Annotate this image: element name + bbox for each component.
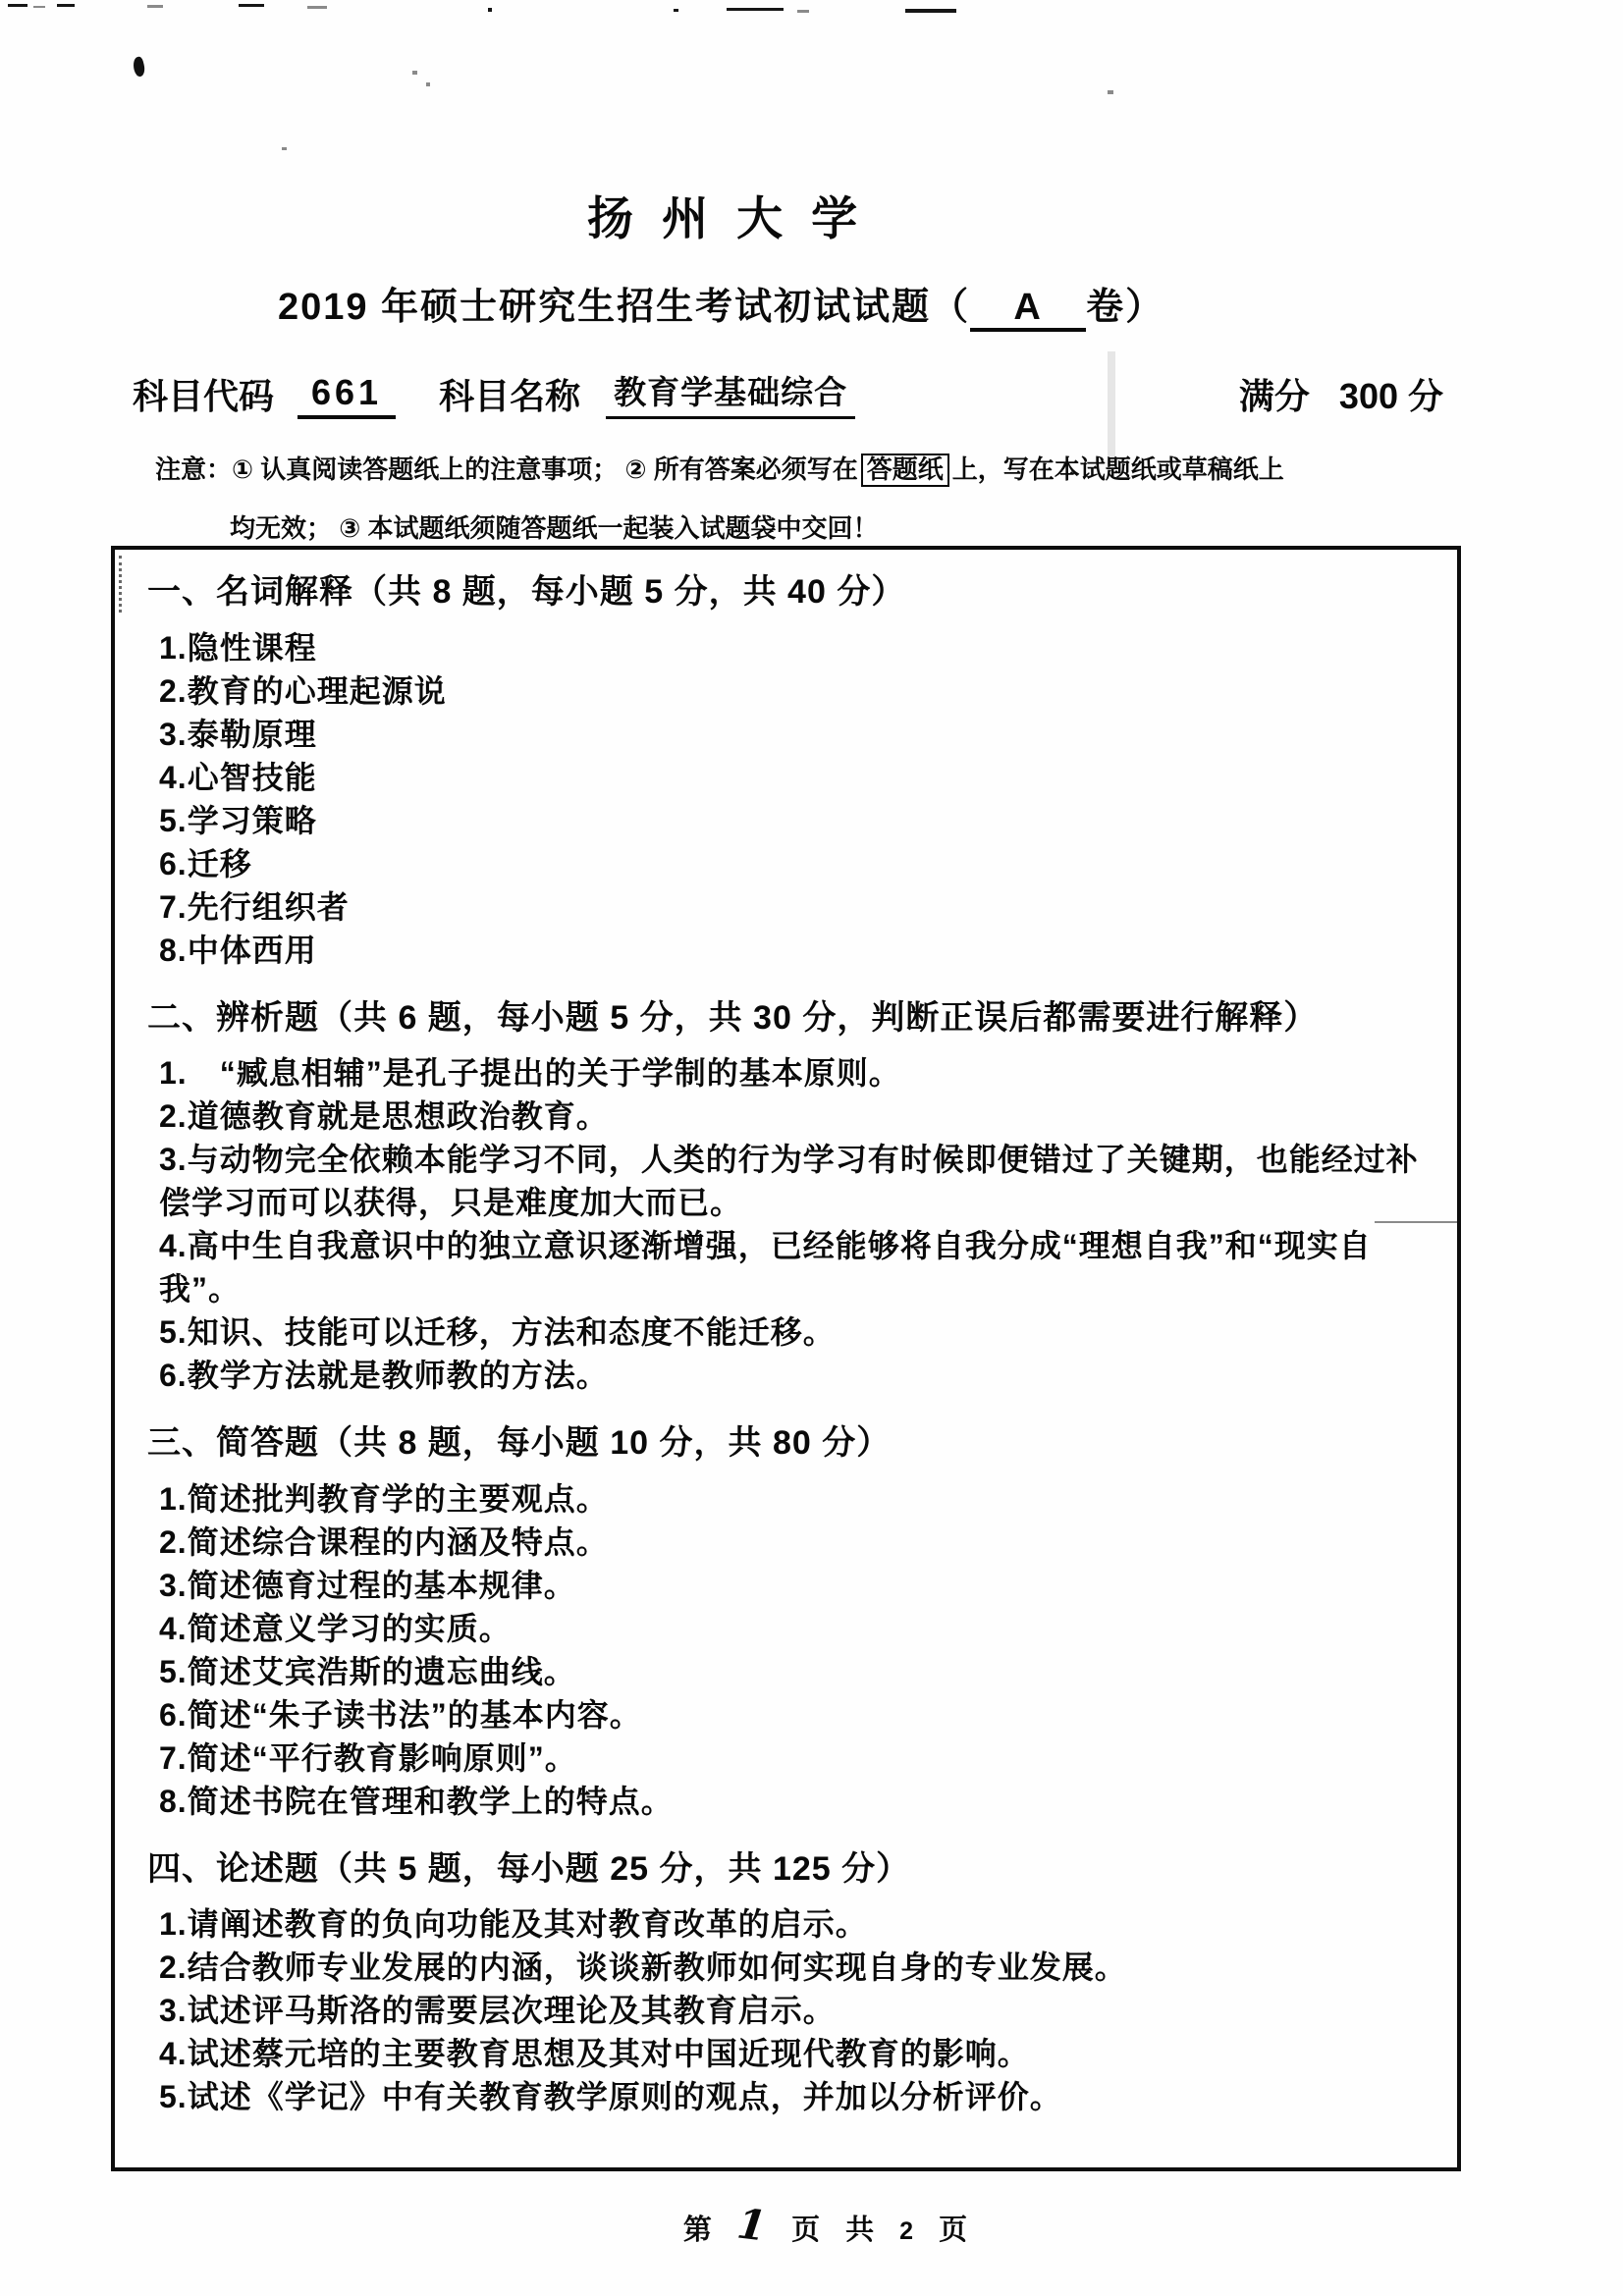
scan-noise xyxy=(426,82,430,86)
section-title: 四、论述题（共 5 题，每小题 25 分，共 125 分） xyxy=(147,1848,1420,1891)
footer-total-char: 共 xyxy=(845,2208,874,2248)
total-pages: 2 xyxy=(899,2217,913,2246)
question-item: 1.简述批判教育学的主要观点。 xyxy=(159,1477,1420,1521)
question-item: 8.简述书院在管理和教学上的特点。 xyxy=(159,1780,1420,1823)
scan-noise xyxy=(412,71,417,75)
scan-noise xyxy=(727,8,784,11)
question-item: 4.简述意义学习的实质。 xyxy=(159,1607,1420,1650)
question-item: 5.简述艾宾浩斯的遗忘曲线。 xyxy=(159,1650,1420,1693)
scan-noise xyxy=(797,10,809,13)
question-box: 一、名词解释（共 8 题，每小题 5 分，共 40 分） 1.隐性课程2.教育的… xyxy=(111,546,1461,2171)
section-items: 1.隐性课程2.教育的心理起源说3.泰勒原理4.心智技能5.学习策略6.迁移7.… xyxy=(159,626,1420,972)
question-item: 1. “臧息相辅”是孔子提出的关于学制的基本原则。 xyxy=(159,1051,1420,1095)
exam-section: 四、论述题（共 5 题，每小题 25 分，共 125 分） 1.请阐述教育的负向… xyxy=(159,1848,1420,2119)
question-item: 4.高中生自我意识中的独立意识逐渐增强，已经能够将自我分成“理想自我”和“现实自… xyxy=(159,1224,1420,1310)
page-footer: 第 1 页 共 2 页 xyxy=(14,2205,1623,2248)
exam-section: 三、简答题（共 8 题，每小题 10 分，共 80 分） 1.简述批判教育学的主… xyxy=(159,1422,1420,1823)
question-item: 1.隐性课程 xyxy=(159,626,1420,669)
question-item: 6.迁移 xyxy=(159,842,1420,885)
scan-noise xyxy=(282,147,287,150)
scan-noise xyxy=(33,6,45,8)
question-item: 1.请阐述教育的负向功能及其对教育改革的启示。 xyxy=(159,1902,1420,1946)
question-item: 2.简述综合课程的内涵及特点。 xyxy=(159,1521,1420,1564)
question-item: 6.教学方法就是教师教的方法。 xyxy=(159,1354,1420,1397)
question-item: 8.中体西用 xyxy=(159,929,1420,972)
section-title: 二、辨析题（共 6 题，每小题 5 分，共 30 分，判断正误后都需要进行解释） xyxy=(147,997,1420,1040)
subject-code-label: 科目代码 xyxy=(133,369,274,419)
subject-meta-row: 科目代码 661 科目名称 教育学基础综合 满分 300 分 xyxy=(133,367,1443,419)
footer-page-char: 页 xyxy=(791,2208,820,2248)
exam-section: 二、辨析题（共 6 题，每小题 5 分，共 30 分，判断正误后都需要进行解释）… xyxy=(159,997,1420,1398)
pen-mark-artifact xyxy=(132,56,147,78)
question-item: 7.先行组织者 xyxy=(159,885,1420,929)
question-item: 5.学习策略 xyxy=(159,799,1420,842)
footer-suffix: 页 xyxy=(939,2208,967,2248)
scan-noise xyxy=(8,4,27,7)
question-item: 3.泰勒原理 xyxy=(159,713,1420,756)
answer-sheet-boxed-term: 答题纸 xyxy=(861,454,949,487)
full-score-value: 300 分 xyxy=(1339,369,1443,419)
question-item: 3.简述德育过程的基本规律。 xyxy=(159,1564,1420,1607)
scan-noise xyxy=(905,9,956,13)
full-score-group: 满分 300 分 xyxy=(1239,369,1443,419)
scan-noise xyxy=(239,4,264,7)
section-items: 1.简述批判教育学的主要观点。2.简述综合课程的内涵及特点。3.简述德育过程的基… xyxy=(159,1477,1420,1823)
exam-title-suffix: 卷） xyxy=(1086,287,1164,328)
footer-prefix: 第 xyxy=(683,2208,712,2248)
scan-noise xyxy=(674,9,678,12)
question-item: 2.教育的心理起源说 xyxy=(159,669,1420,713)
notice-text-1: ① 认真阅读答题纸上的注意事项； ② 所有答案必须写在 xyxy=(232,454,858,484)
notice-label: 注意： xyxy=(155,454,232,484)
exam-section: 一、名词解释（共 8 题，每小题 5 分，共 40 分） 1.隐性课程2.教育的… xyxy=(159,571,1420,972)
question-item: 6.简述“朱子读书法”的基本内容。 xyxy=(159,1693,1420,1736)
section-items: 1.请阐述教育的负向功能及其对教育改革的启示。2.结合教师专业发展的内涵，谈谈新… xyxy=(159,1902,1420,2118)
question-item: 2.道德教育就是思想政治教育。 xyxy=(159,1095,1420,1138)
question-item: 3.与动物完全依赖本能学习不同，人类的行为学习有时候即便错过了关键期，也能经过补… xyxy=(159,1138,1420,1224)
exam-title-line: 2019 年硕士研究生招生考试初试试题（A卷） xyxy=(278,276,1164,332)
section-items: 1. “臧息相辅”是孔子提出的关于学制的基本原则。2.道德教育就是思想政治教育。… xyxy=(159,1051,1420,1397)
university-title: 扬 州 大 学 xyxy=(587,183,865,248)
scan-noise xyxy=(488,8,492,12)
subject-name-value: 教育学基础综合 xyxy=(606,367,855,419)
exam-title-prefix: 2019 年硕士研究生招生考试初试试题（ xyxy=(278,287,970,328)
notice-line1: 注意：① 认真阅读答题纸上的注意事项； ② 所有答案必须写在答题纸上，写在本试题… xyxy=(155,454,1432,487)
notice-block: 注意：① 认真阅读答题纸上的注意事项； ② 所有答案必须写在答题纸上，写在本试题… xyxy=(155,454,1432,544)
question-item: 5.试述《学记》中有关教育教学原则的观点，并加以分析评价。 xyxy=(159,2075,1420,2118)
exam-paper-page: { "page": { "university": "扬 州 大 学", "ex… xyxy=(0,0,1623,2296)
scan-noise xyxy=(147,5,163,8)
subject-code-value: 661 xyxy=(298,372,396,419)
scan-noise xyxy=(1108,90,1113,94)
notice-line2: 均无效； ③ 本试题纸须随答题纸一起装入试题袋中交回！ xyxy=(230,513,1432,544)
question-item: 2.结合教师专业发展的内涵，谈谈新教师如何实现自身的专业发展。 xyxy=(159,1946,1420,1989)
scan-noise xyxy=(307,6,327,9)
subject-name-label: 科目名称 xyxy=(439,369,580,419)
scan-noise xyxy=(57,4,75,7)
question-item: 5.知识、技能可以迁移，方法和态度不能迁移。 xyxy=(159,1310,1420,1354)
question-item: 4.心智技能 xyxy=(159,756,1420,799)
question-item: 7.简述“平行教育影响原则”。 xyxy=(159,1736,1420,1780)
question-item: 3.试述评马斯洛的需要层次理论及其教育启示。 xyxy=(159,1989,1420,2032)
full-score-label: 满分 xyxy=(1239,369,1310,419)
section-title: 一、名词解释（共 8 题，每小题 5 分，共 40 分） xyxy=(147,571,1420,614)
paper-letter: A xyxy=(970,289,1086,332)
question-item: 4.试述蔡元培的主要教育思想及其对中国近现代教育的影响。 xyxy=(159,2032,1420,2075)
handwritten-page-number: 1 xyxy=(734,2203,768,2247)
section-title: 三、简答题（共 8 题，每小题 10 分，共 80 分） xyxy=(147,1422,1420,1465)
notice-text-2: 上，写在本试题纸或草稿纸上 xyxy=(952,454,1284,484)
